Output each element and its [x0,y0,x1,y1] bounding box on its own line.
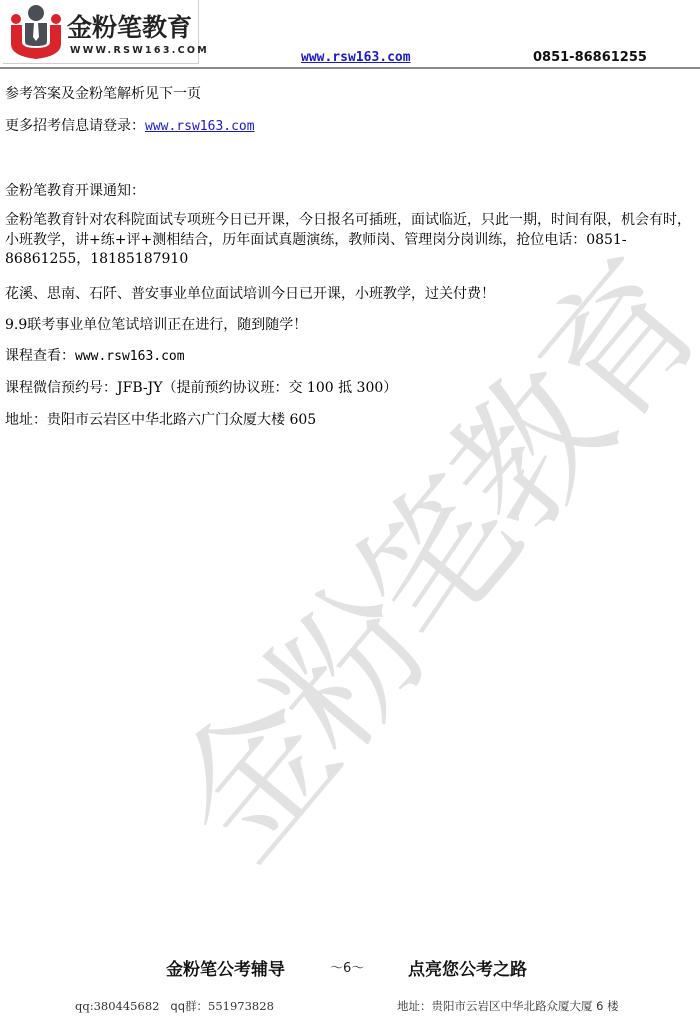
logo: 金粉笔教育 WWW.RSW163.COM [3,0,199,64]
footer-qq-line: qq:380445682 qq群：551973828 [75,998,274,1014]
header-phone: 0851-86861255 [533,50,647,65]
jinfenbi-logo-icon [9,4,63,60]
footer-qq: qq:380445682 [75,999,159,1013]
logo-title: 金粉笔教育 [67,14,192,42]
course-view-label: 课程查看： [5,348,75,364]
footer-slogan-right: 点亮您公考之路 [408,955,527,980]
course-view-url: www.rsw163.com [75,349,185,364]
answer-note: 参考答案及金粉笔解析见下一页 [5,84,201,104]
exam-notice: 9.9联考事业单位笔试培训正在进行，随到随学！ [5,315,307,335]
wechat-note: （提前预约协议班：交 100 抵 300） [162,380,397,396]
header-divider [0,67,700,69]
footer-slogan-left: 金粉笔公考辅导 [166,955,285,980]
notice-main: 金粉笔教育针对农科院面试专项班今日已开课，今日报名可插班，面试临近，只此一期，时… [5,211,695,270]
wechat-line: 课程微信预约号：JFB-JY（提前预约协议班：交 100 抵 300） [5,378,397,398]
logo-url: WWW.RSW163.COM [70,45,209,56]
more-info-label: 更多招考信息请登录： [5,118,145,134]
notice-title: 金粉笔教育开课通知： [5,181,145,201]
footer-qq-group: 551973828 [208,999,274,1013]
wechat-label: 课程微信预约号： [5,380,117,396]
footer-address: 地址：贵阳市云岩区中华北路众厦大厦 6 楼 [397,998,619,1014]
page-header: 金粉笔教育 WWW.RSW163.COM www.rsw163.com 0851… [0,0,700,70]
header-website-link[interactable]: www.rsw163.com [301,50,411,65]
regional-notice: 花溪、思南、石阡、普安事业单位面试培训今日已开课，小班教学，过关付费！ [5,284,495,304]
address-line: 地址：贵阳市云岩区中华北路六广门众厦大楼 605 [5,410,316,430]
page-number: ～6～ [330,957,364,976]
course-view-line: 课程查看：www.rsw163.com [5,346,185,367]
more-info-line: 更多招考信息请登录：www.rsw163.com [5,116,255,137]
footer-qq-group-label: qq群： [170,999,208,1013]
more-info-link[interactable]: www.rsw163.com [145,119,255,134]
wechat-id: JFB-JY [117,380,162,396]
